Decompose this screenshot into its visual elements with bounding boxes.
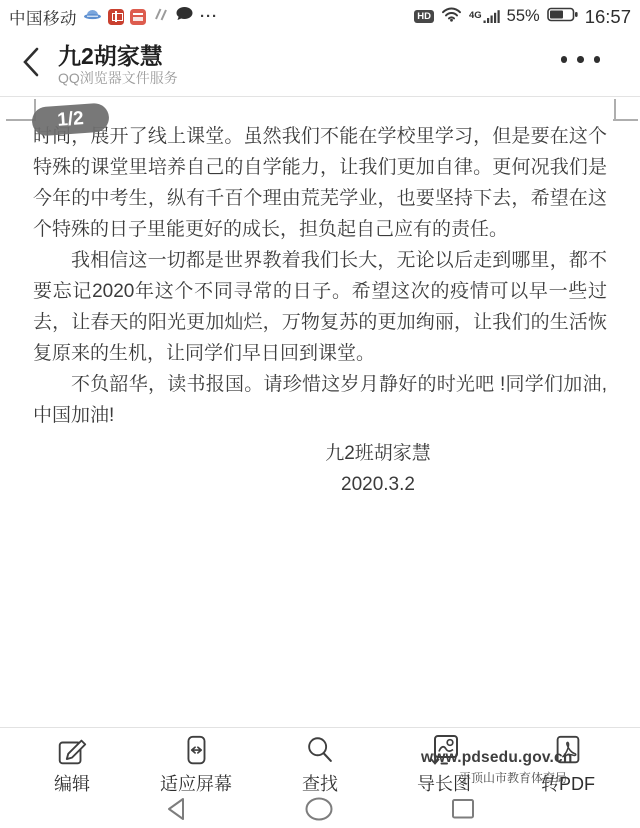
paragraph: 不负韶华，读书报国。请珍惜这岁月静好的时光吧 !同学们加油,中国加油! (33, 369, 607, 431)
more-menu-button[interactable] (561, 56, 601, 63)
watermark-url: www.pdsedu.gov.cn (421, 749, 573, 767)
nav-home-button[interactable] (304, 796, 334, 827)
page-corner-mark (6, 119, 35, 121)
search-icon (303, 734, 337, 768)
back-button[interactable] (14, 45, 48, 85)
pen-strokes-icon (152, 7, 169, 27)
hd-icon: HD (414, 10, 434, 23)
page-title: 九2胡家慧 (58, 43, 178, 70)
find-button[interactable]: 查找 (258, 728, 382, 795)
fit-screen-button[interactable]: 适应屏幕 (134, 728, 258, 795)
date-line: 2020.3.2 (91, 469, 640, 500)
android-nav-bar (0, 795, 640, 828)
page-corner-mark (613, 119, 638, 121)
recents-square-icon (450, 797, 476, 826)
page-subtitle: QQ浏览器文件服务 (58, 70, 178, 87)
carrier-label: 中国移动 (9, 5, 77, 29)
app-badge-red-icon (108, 9, 124, 25)
edit-icon (55, 734, 89, 768)
app-badge-blue-icon (83, 6, 102, 27)
phone-screen: 中国移动 ··· HD 4G 55% (0, 0, 640, 828)
page-indicator-badge: 1/2 (31, 102, 110, 136)
back-triangle-icon (164, 796, 188, 827)
document-viewer[interactable]: 1/2 时间，展开了线上课堂。虽然我们不能在学校里学习，但是要在这个特殊的课堂里… (0, 97, 640, 727)
title-bar: 九2胡家慧 QQ浏览器文件服务 (0, 33, 640, 97)
battery-percent-label: 55% (507, 7, 540, 26)
paragraph: 时间，展开了线上课堂。虽然我们不能在学校里学习，但是要在这个特殊的课堂里培养自己… (33, 121, 607, 245)
watermark-org: 平顶山市教育体育局 (459, 769, 567, 786)
more-dots-icon (561, 56, 568, 63)
more-dots-icon (594, 56, 601, 63)
chat-bubble-icon (175, 6, 194, 27)
more-dots-icon (577, 56, 584, 63)
chevron-left-icon (19, 45, 43, 84)
document-text: 时间，展开了线上课堂。虽然我们不能在学校里学习，但是要在这个特殊的课堂里培养自己… (33, 121, 607, 500)
edit-button[interactable]: 编辑 (10, 728, 134, 795)
battery-icon (547, 6, 578, 28)
nav-back-button[interactable] (164, 796, 188, 827)
signal-4g-icon: 4G (469, 9, 500, 24)
wifi-icon (441, 6, 462, 27)
nav-recents-button[interactable] (450, 797, 476, 826)
page-corner-mark (614, 99, 616, 121)
clock-label: 16:57 (585, 6, 631, 28)
signature-line: 九2班胡家慧 (91, 438, 640, 469)
more-ellipsis-icon: ··· (200, 8, 218, 25)
app-badge-calendar-icon (130, 9, 146, 25)
status-bar: 中国移动 ··· HD 4G 55% (0, 0, 640, 33)
home-circle-icon (304, 796, 334, 827)
paragraph: 我相信这一切都是世界教着我们长大，无论以后走到哪里，都不要忘记2020年这个不同… (33, 245, 607, 369)
fit-screen-icon (179, 734, 213, 768)
